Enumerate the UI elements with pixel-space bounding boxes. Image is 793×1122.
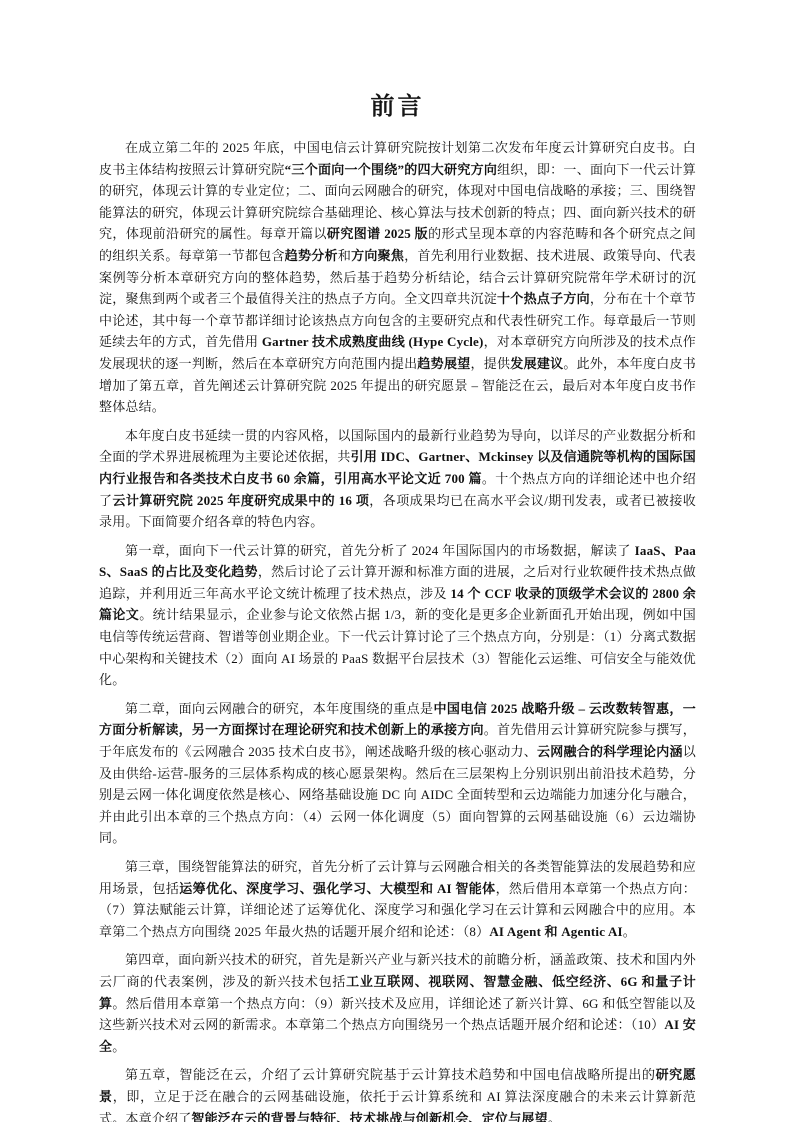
bold-text-run: 发展建议 [510, 356, 563, 371]
document-page: 前言 在成立第二年的 2025 年底，中国电信云计算研究院按计划第二次发布年度云… [0, 0, 793, 1122]
paragraph: 第一章，面向下一代云计算的研究，首先分析了 2024 年国际国内的市场数据，解读… [99, 540, 696, 691]
bold-text-run: 研究图谱 2025 版 [327, 226, 428, 241]
bold-text-run: 智能泛在云的背景与特征、技术挑战与创新机会、定位与展望 [191, 1111, 547, 1122]
paragraph: 第五章，智能泛在云，介绍了云计算研究院基于云计算技术趋势和中国电信战略所提出的研… [99, 1064, 696, 1122]
bold-text-run: 方向聚焦 [351, 248, 404, 263]
text-run: 第二章，面向云网融合的研究，本年度围绕的重点是 [125, 701, 433, 716]
text-run: 。然后借用本章第一个热点方向：（9）新兴技术及应用，详细论述了新兴计算、6G 和… [99, 996, 696, 1033]
text-run: 第一章，面向下一代云计算的研究，首先分析了 2024 年国际国内的市场数据，解读… [125, 543, 635, 558]
text-run: 。统计结果显示，企业参与论文依然占据 1/3，新的变化是更多企业新面孔开始出现，… [99, 607, 696, 687]
text-run: 。 [112, 1039, 125, 1054]
bold-text-run: 云网融合的科学理论内涵 [537, 744, 683, 759]
text-run: ，提供 [470, 356, 510, 371]
bold-text-run: AI Agent 和 Agentic AI [489, 924, 622, 939]
bold-text-run: 趋势分析 [285, 248, 338, 263]
bold-text-run: 云计算研究院 2025 年度研究成果中的 16 项 [112, 493, 369, 508]
bold-text-run: Gartner 技术成熟度曲线 (Hype Cycle) [262, 334, 484, 349]
text-run: 。 [548, 1111, 561, 1122]
paragraph: 第三章，围绕智能算法的研究，首先分析了云计算与云网融合相关的各类智能算法的发展趋… [99, 856, 696, 942]
text-run: 和 [338, 248, 351, 263]
bold-text-run: “三个面向一个围绕”的四大研究方向 [285, 162, 497, 177]
bold-text-run: 运筹优化、深度学习、强化学习、大模型和 AI 智能体 [179, 881, 495, 896]
paragraph: 本年度白皮书延续一贯的内容风格，以国际国内的最新行业趋势为导向，以详尽的产业数据… [99, 425, 696, 533]
paragraph: 第二章，面向云网融合的研究，本年度围绕的重点是中国电信 2025 战略升级 – … [99, 698, 696, 849]
text-run: 第五章，智能泛在云，介绍了云计算研究院基于云计算技术趋势和中国电信战略所提出的 [125, 1067, 656, 1082]
paragraph: 第四章，面向新兴技术的研究，首先是新兴产业与新兴技术的前瞻分析，涵盖政策、技术和… [99, 949, 696, 1057]
bold-text-run: 十个热点子方向 [497, 291, 590, 306]
text-run: 以及由供给-运营-服务的三层体系构成的核心愿景架构。然后在三层架构上分别识别出前… [99, 744, 696, 845]
text-run: 。 [623, 924, 636, 939]
preface-body: 在成立第二年的 2025 年底，中国电信云计算研究院按计划第二次发布年度云计算研… [99, 137, 696, 1122]
paragraph: 在成立第二年的 2025 年底，中国电信云计算研究院按计划第二次发布年度云计算研… [99, 137, 696, 418]
page-title: 前言 [99, 86, 696, 121]
bold-text-run: 趋势展望 [417, 356, 470, 371]
